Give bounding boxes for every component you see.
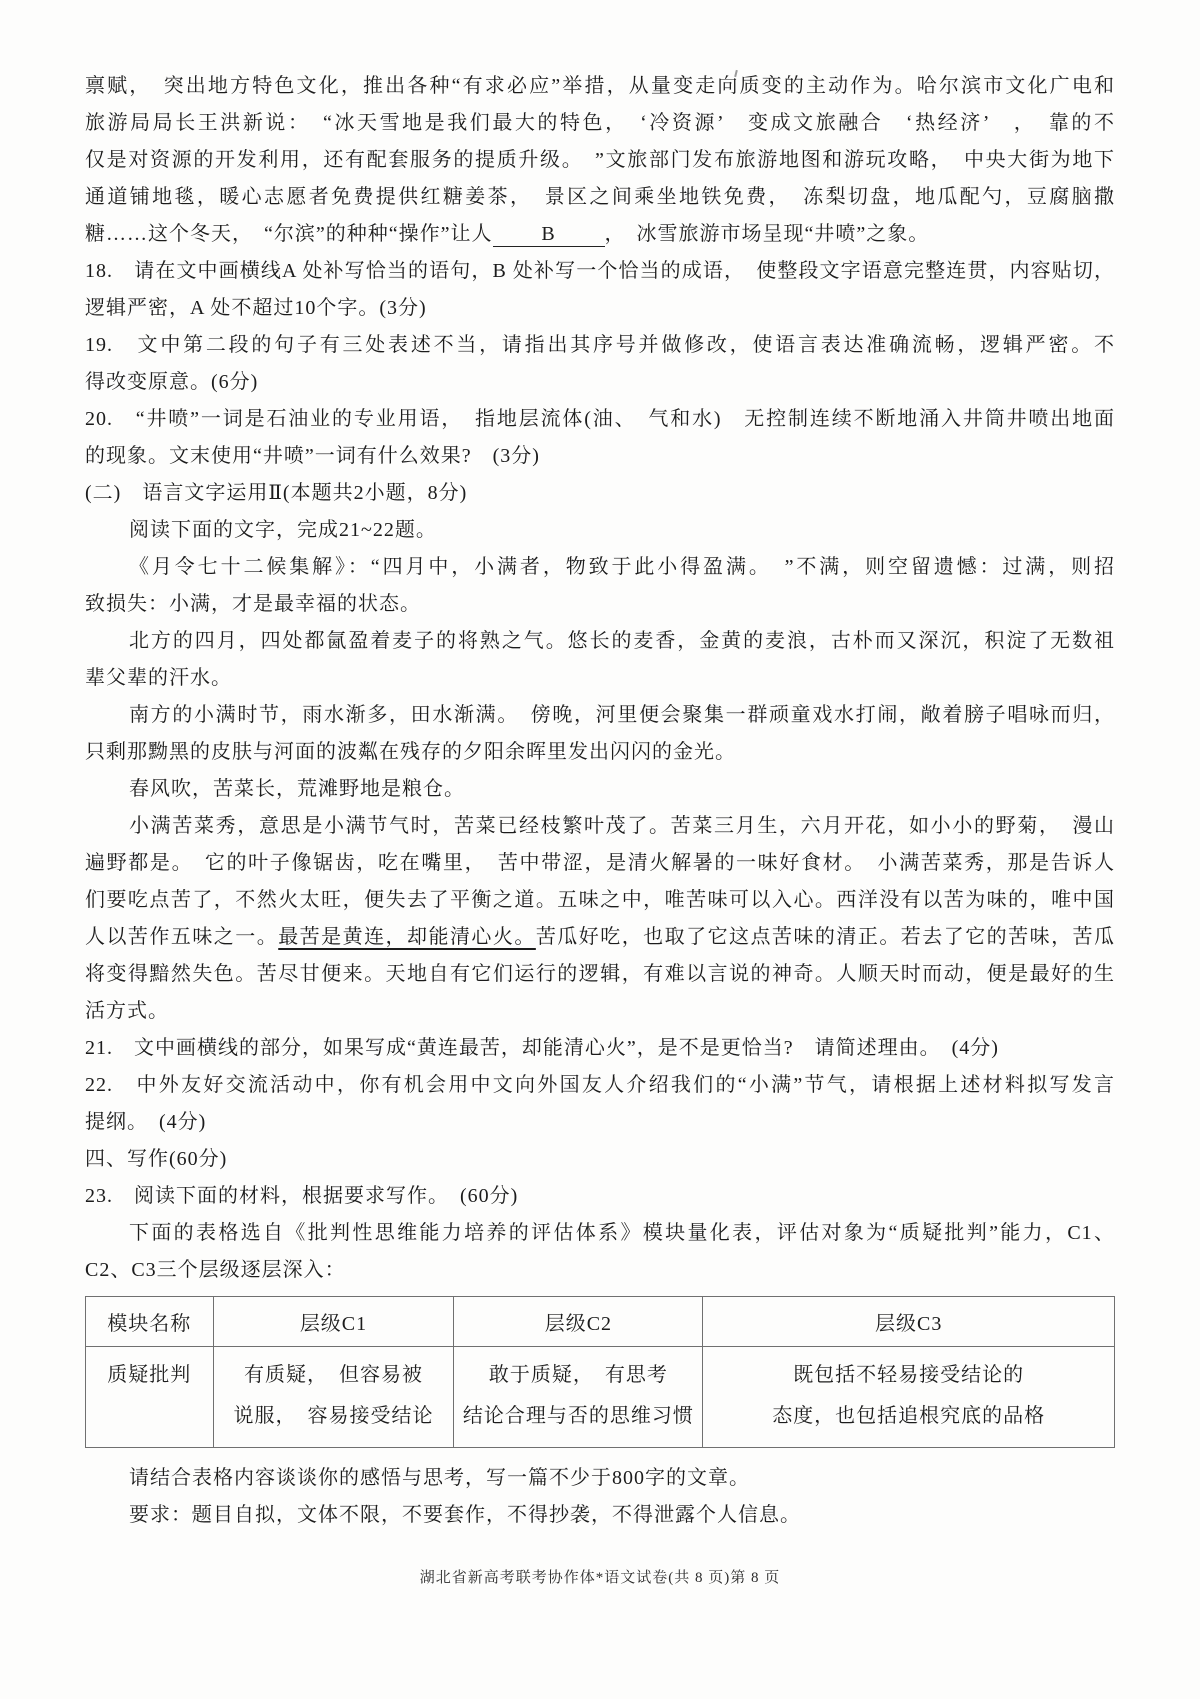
text-line: 们要吃点苦了，不然火太旺，便失去了平衡之道。五味之中，唯苦味可以入心。西洋没有以… [85,882,1115,919]
underlined-sentence: 最苦是黄连，却能清心火。 [278,926,536,948]
text-segment: ， 冰雪旅游市场呈现“井喷”之象。 [605,223,930,245]
page-content: 禀赋， 突出地方特色文化，推出各种“有求必应”举措，从量变走向质变的主动作为。哈… [0,0,1200,1587]
text-line: 要求：题目自拟，文体不限，不要套作，不得抄袭，不得泄露个人信息。 [85,1497,1115,1534]
text-line: 禀赋， 突出地方特色文化，推出各种“有求必应”举措，从量变走向质变的主动作为。哈… [85,68,1115,105]
text-segment: 苦瓜好吃，也取了它这点苦味的清正。若去了它的苦味，苦瓜 [536,926,1115,948]
cell-line: 态度，也包括追根究底的品格 [709,1396,1108,1437]
text-line: 致损失：小满，才是最幸福的状态。 [85,586,1115,623]
question-20-line: 的现象。文末使用“井喷”一词有什么效果? (3分) [85,438,1115,475]
question-22-line: 提纲。 (4分) [85,1104,1115,1141]
text-segment: 糖……这个冬天， “尔滨”的种种“操作”让人 [85,223,493,245]
cell-line: 敢于质疑， 有思考 [460,1355,696,1396]
text-line: 春风吹，苦菜长，荒滩野地是粮仓。 [85,771,1115,808]
section-heading: 四、写作(60分) [85,1141,1115,1178]
text-line: 北方的四月，四处都氤盈着麦子的将熟之气。悠长的麦香，金黄的麦浪，古朴而又深沉，积… [85,623,1115,660]
question-21-line: 21. 文中画横线的部分，如果写成“黄连最苦，却能清心火”，是不是更恰当? 请简… [85,1030,1115,1067]
table-header-cell: 层级C3 [703,1297,1115,1347]
evaluation-table: 模块名称 层级C1 层级C2 层级C3 质疑批判 有质疑， 但容易被 说服， 容… [85,1296,1115,1448]
text-line: 只剩那黝黑的皮肤与河面的波粼在残存的夕阳余晖里发出闪闪的金光。 [85,734,1115,771]
text-line: 请结合表格内容谈谈你的感悟与思考，写一篇不少于800字的文章。 [85,1460,1115,1497]
table-header-cell: 层级C1 [213,1297,454,1347]
question-19-line: 得改变原意。(6分) [85,364,1115,401]
section-heading: (二) 语言文字运用Ⅱ(本题共2小题，8分) [85,475,1115,512]
question-18-line: 逻辑严密，A 处不超过10个字。(3分) [85,290,1115,327]
text-line: 小满苦菜秀，意思是小满节气时，苦菜已经枝繁叶茂了。苦菜三月生，六月开花，如小小的… [85,808,1115,845]
text-line: 《月令七十二候集解》：“四月中，小满者，物致于此小得盈满。 ”不满，则空留遗憾：… [85,549,1115,586]
question-19-line: 19. 文中第二段的句子有三处表述不当，请指出其序号并做修改，使语言表达准确流畅… [85,327,1115,364]
exam-page: 禀赋， 突出地方特色文化，推出各种“有求必应”举措，从量变走向质变的主动作为。哈… [0,0,1200,1699]
table-cell: 敢于质疑， 有思考 结论合理与否的思维习惯 [454,1347,703,1448]
cell-line: 质疑批判 [92,1355,207,1396]
page-footer: 湖北省新高考联考协作体*语文试卷(共 8 页)第 8 页 [85,1566,1115,1587]
cell-line: 结论合理与否的思维习惯 [460,1396,696,1437]
text-line: 仅是对资源的开发利用，还有配套服务的提质升级。 ”文旅部门发布旅游地图和游玩攻略… [85,142,1115,179]
text-line: 遍野都是。 它的叶子像锯齿，吃在嘴里， 苦中带涩，是清火解暑的一味好食材。 小满… [85,845,1115,882]
table-header-cell: 层级C2 [454,1297,703,1347]
table-header-row: 模块名称 层级C1 层级C2 层级C3 [86,1297,1115,1347]
cell-line: 既包括不轻易接受结论的 [709,1355,1108,1396]
table-cell: 既包括不轻易接受结论的 态度，也包括追根究底的品格 [703,1347,1115,1448]
question-20-line: 20. “井喷”一词是石油业的专业用语， 指地层流体(油、 气和水) 无控制连续… [85,401,1115,438]
text-line-with-underline: 人以苦作五味之一。最苦是黄连，却能清心火。苦瓜好吃，也取了它这点苦味的清正。若去… [85,919,1115,956]
text-line: 旅游局局长王洪新说： “冰天雪地是我们最大的特色， ‘冷资源’ 变成文旅融合 ‘… [85,105,1115,142]
table-cell: 质疑批判 [86,1347,214,1448]
question-23-line: 23. 阅读下面的材料，根据要求写作。 (60分) [85,1178,1115,1215]
text-line: C2、C3三个层级逐层深入： [85,1252,1115,1289]
cell-line: 有质疑， 但容易被 [220,1355,448,1396]
question-22-line: 22. 中外友好交流活动中，你有机会用中文向外国友人介绍我们的“小满”节气，请根… [85,1067,1115,1104]
cell-line: 说服， 容易接受结论 [220,1396,448,1437]
text-line: 辈父辈的汗水。 [85,660,1115,697]
text-line: 将变得黯然失色。苦尽甘便来。天地自有它们运行的逻辑，有难以言说的神奇。人顺天时而… [85,956,1115,993]
text-line: 通道铺地毯，暖心志愿者免费提供红糖姜茶， 景区之间乘坐地铁免费， 冻梨切盘，地瓜… [85,179,1115,216]
answer-blank-B: B [493,222,605,247]
text-segment: 人以苦作五味之一。 [85,926,278,948]
text-line: 活方式。 [85,993,1115,1030]
question-18-line: 18. 请在文中画横线A 处补写恰当的语句，B 处补写一个恰当的成语， 使整段文… [85,253,1115,290]
text-line-with-blank: 糖……这个冬天， “尔滨”的种种“操作”让人B， 冰雪旅游市场呈现“井喷”之象。 [85,216,1115,253]
table-header-cell: 模块名称 [86,1297,214,1347]
text-line: 下面的表格选自《批判性思维能力培养的评估体系》模块量化表，评估对象为“质疑批判”… [85,1215,1115,1252]
table-cell: 有质疑， 但容易被 说服， 容易接受结论 [213,1347,454,1448]
table-row: 质疑批判 有质疑， 但容易被 说服， 容易接受结论 敢于质疑， 有思考 结论合理… [86,1347,1115,1448]
text-line: 阅读下面的文字，完成21~22题。 [85,512,1115,549]
text-line: 南方的小满时节，雨水渐多，田水渐满。 傍晚，河里便会聚集一群顽童戏水打闹，敞着膀… [85,697,1115,734]
scan-artifact [192,1511,195,1514]
